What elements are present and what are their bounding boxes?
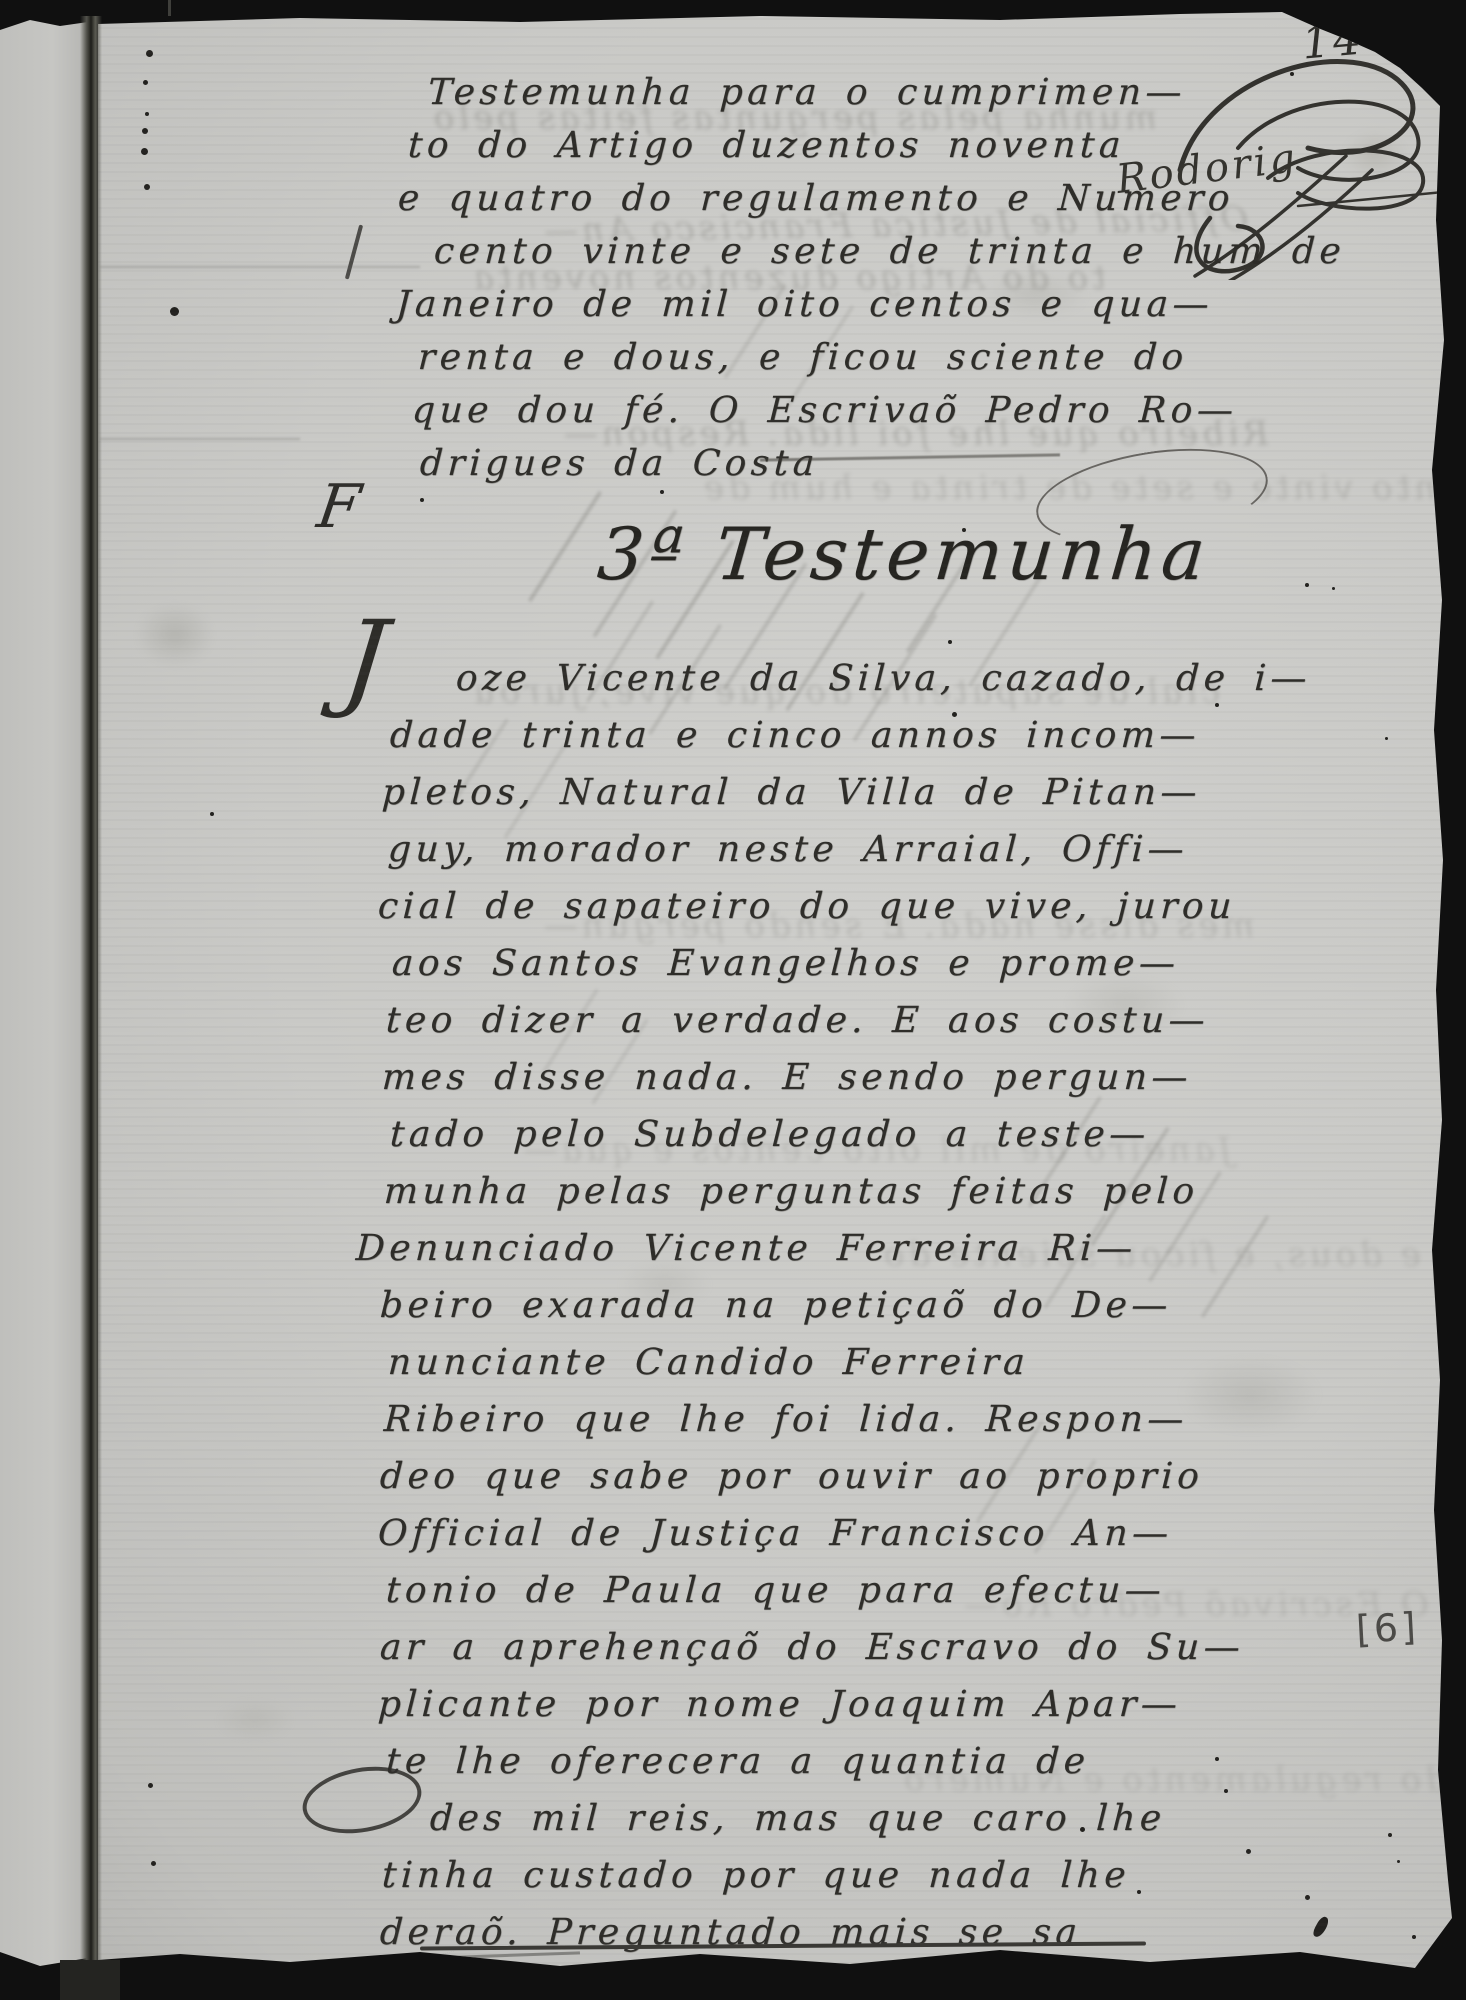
ink-speck — [1246, 1849, 1251, 1854]
margin-slash-mark — [345, 224, 363, 279]
ink-speck — [1305, 1895, 1310, 1900]
manuscript-line: deo que sabe por ouvir ao proprio — [379, 1456, 1205, 1497]
manuscript-page: munha pelas perguntas feitas pelo Offici… — [0, 0, 1466, 2000]
manuscript-line: Testemunha para o cumprimen— — [427, 72, 1187, 113]
ink-speck — [151, 1861, 156, 1866]
manuscript-line: e quatro do regulamento e Numero — [397, 178, 1235, 219]
paragraph-mark: F — [313, 472, 364, 542]
paper-stain — [120, 590, 230, 680]
manuscript-line: cial de sapateiro do que vive, jurou — [377, 886, 1237, 927]
manuscript-line: nunciante Candido Ferreira — [387, 1342, 1030, 1383]
manuscript-line: Ribeiro que lhe foi lida. Respon— — [383, 1399, 1189, 1440]
ink-speck — [143, 80, 148, 85]
manuscript-line: pletos, Natural da Villa de Pitan— — [381, 772, 1202, 813]
manuscript-line: munha pelas perguntas feitas pelo — [383, 1171, 1200, 1212]
ink-speck — [146, 50, 153, 57]
bleed-through-stroke — [1201, 1215, 1269, 1317]
manuscript-line: guy, morador neste Arraial, Offi— — [387, 829, 1189, 870]
ink-speck — [1397, 1860, 1400, 1863]
drop-initial: J — [338, 598, 393, 721]
paper-crease — [100, 266, 420, 268]
ink-speck — [1224, 1789, 1228, 1793]
manuscript-line: te lhe oferecera a quantia de — [385, 1741, 1091, 1782]
manuscript-line: teo dizer a verdade. E aos costu— — [385, 1000, 1210, 1041]
ink-speck — [1305, 583, 1309, 587]
ink-speck — [1388, 1833, 1392, 1837]
ink-speck — [141, 148, 148, 155]
manuscript-line: Official de Justiça Francisco An— — [377, 1513, 1174, 1554]
manuscript-line: tinha custado por que nada lhe — [381, 1855, 1131, 1896]
manuscript-line: ar a aprehençaõ do Escravo do Su— — [379, 1627, 1245, 1668]
scanned-manuscript: munha pelas perguntas feitas pelo Offici… — [0, 0, 1466, 2000]
manuscript-line: to do Artigo duzentos noventa — [407, 125, 1126, 166]
manuscript-line: dade trinta e cinco annos incom— — [389, 715, 1201, 756]
manuscript-line: cento vinte e sete de trinta e hum de — [433, 231, 1346, 272]
manuscript-line: beiro exarada na petiçaõ do De— — [379, 1285, 1173, 1326]
manuscript-line: plicante por nome Joaquim Apar— — [377, 1684, 1182, 1725]
paper-crease — [100, 438, 300, 440]
ink-speck — [142, 128, 148, 134]
binding-gutter — [80, 16, 102, 1964]
manuscript-line: Denunciado Vicente Ferreira Ri— — [355, 1228, 1138, 1269]
manuscript-line: tonio de Paula que para efectu— — [385, 1570, 1166, 1611]
ink-speck — [1332, 587, 1335, 590]
ink-speck — [1137, 1890, 1141, 1894]
manuscript-line: que dou fé. O Escrivaõ Pedro Ro— — [411, 390, 1239, 431]
manuscript-line: drigues da Costa — [419, 443, 820, 484]
ink-speck — [1412, 1935, 1416, 1939]
manuscript-line: des mil reis, mas que caro lhe — [429, 1798, 1167, 1839]
manuscript-line: mes disse nada. E sendo pergun— — [381, 1057, 1193, 1098]
ink-speck — [170, 307, 179, 316]
ink-speck — [1385, 737, 1388, 740]
manuscript-line: Janeiro de mil oito centos e qua— — [395, 284, 1214, 325]
adjacent-page-edge — [0, 0, 88, 2000]
ink-speck — [210, 812, 214, 816]
ink-speck — [1215, 1757, 1219, 1761]
ink-speck — [1215, 703, 1219, 707]
manuscript-line: renta e dous, e ficou sciente do — [417, 337, 1189, 378]
manuscript-line: oze Vicente da Silva, cazado, de i— — [455, 658, 1312, 699]
archival-folio-mark: [6] — [1355, 1604, 1420, 1651]
ink-speck — [148, 1783, 153, 1788]
bleed-through-stroke — [528, 491, 601, 602]
ink-speck — [144, 184, 150, 190]
ink-speck — [660, 490, 664, 494]
paper-stain — [200, 1690, 310, 1750]
ink-speck — [145, 112, 149, 116]
section-heading: 3ª Testemunha — [594, 512, 1213, 596]
manuscript-line: tado pelo Subdelegado a teste— — [389, 1114, 1151, 1155]
scan-artifact — [60, 1960, 120, 2000]
scan-artifact — [168, 0, 171, 16]
ink-speck — [948, 640, 952, 644]
manuscript-line: aos Santos Evangelhos e prome— — [391, 943, 1181, 984]
ink-speck — [420, 498, 424, 502]
ink-blot — [1311, 1915, 1330, 1939]
